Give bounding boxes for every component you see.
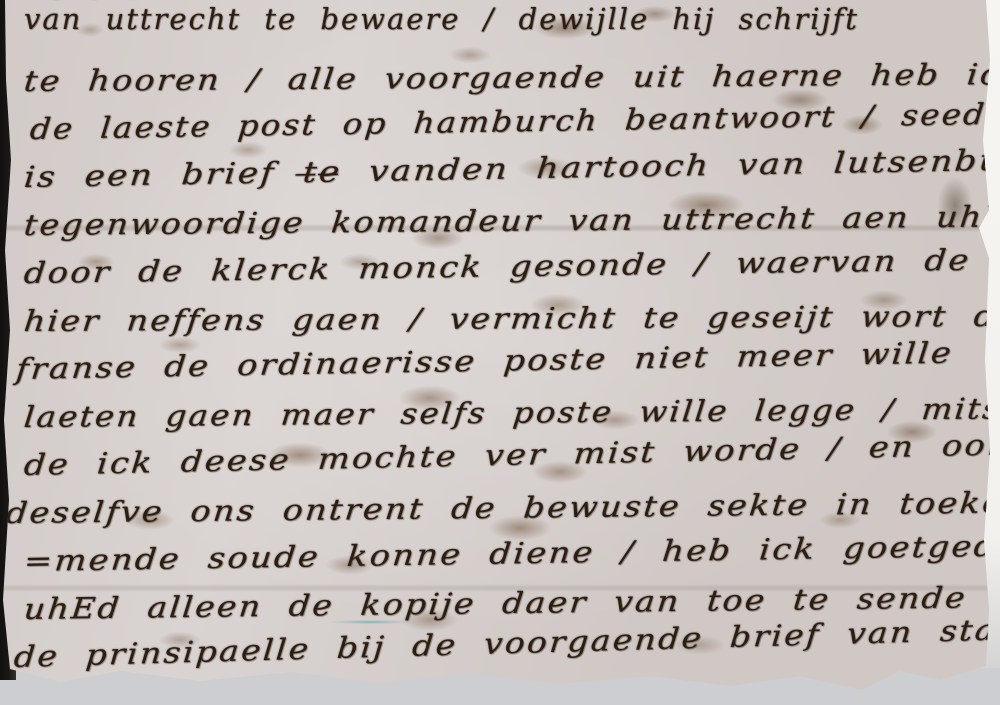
manuscript-line: van uttrecht te bewaere / dewijlle hij s…	[24, 0, 984, 40]
manuscript-line: deselfve ons ontrent de bewuste sekte in…	[4, 482, 1000, 534]
manuscript-line: te hooren / alle voorgaende uit haerne h…	[22, 54, 1000, 102]
manuscript-line: door de klerck monck gesonde / waervan d…	[22, 238, 1000, 294]
manuscript-page: ʃ ʃ ʃ te hooren / alle voorgaende uit ha…	[0, 0, 1000, 705]
manuscript-line: =mende soude konne diene / heb ick goetg…	[22, 524, 1000, 582]
manuscript-line: de laeste post op hamburch beantwoort / …	[28, 93, 1000, 150]
manuscript-line: tegenwoordige komandeur van uttrecht aen…	[22, 196, 1000, 246]
manuscript-scan: ʃ ʃ ʃ te hooren / alle voorgaende uit ha…	[0, 0, 1000, 705]
